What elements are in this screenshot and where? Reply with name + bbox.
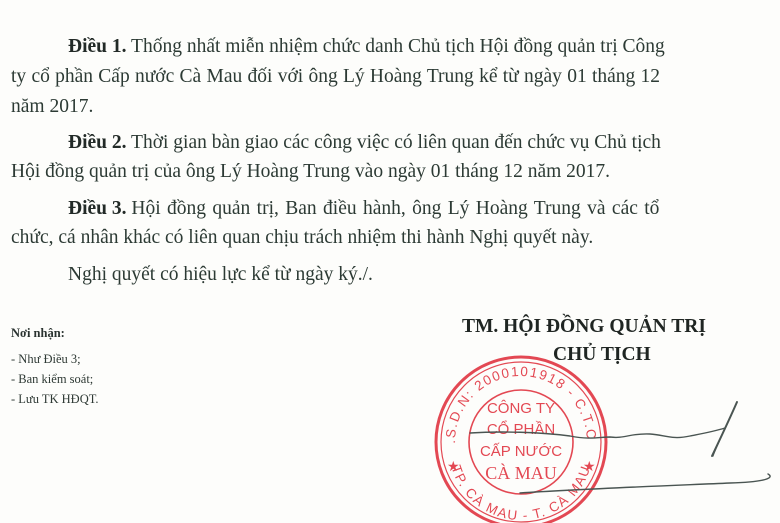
stamp-and-signature: M.S.D.N: 2000101918 - C.T.C.P TP. CÀ MAU…	[0, 0, 780, 523]
stamp-line-3: CẤP NƯỚC	[480, 443, 562, 460]
stamp-line-2: CỔ PHẦN	[487, 420, 555, 438]
stamp-outer-top: M.S.D.N: 2000101918 - C.T.C.P	[0, 0, 599, 444]
star-icon: ★	[583, 459, 596, 475]
company-seal: M.S.D.N: 2000101918 - C.T.C.P TP. CÀ MAU…	[0, 0, 606, 523]
star-icon: ★	[447, 459, 460, 475]
stamp-line-1: CÔNG TY	[487, 400, 555, 417]
stamp-line-4: CÀ MAU	[485, 462, 557, 483]
svg-text:M.S.D.N: 2000101918 - C.T.C.P: M.S.D.N: 2000101918 - C.T.C.P	[0, 0, 599, 444]
